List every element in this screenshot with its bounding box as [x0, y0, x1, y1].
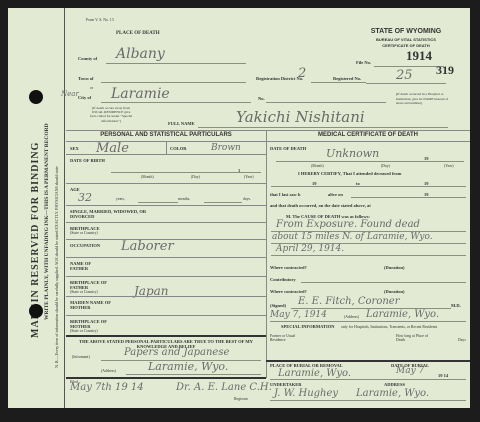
- medical-certificate-title: MEDICAL CERTIFICATE OF DEATH: [266, 132, 470, 138]
- street-no-label: No.: [258, 96, 265, 101]
- dob-day-label: (Day): [191, 175, 200, 179]
- burial-date-value: May 7: [396, 366, 424, 376]
- alive-on-label: alive on: [328, 192, 343, 197]
- or-label: or: [90, 86, 93, 90]
- age-years-value: 32: [78, 191, 92, 204]
- full-name-value: Yakichi Nishitani: [236, 108, 365, 126]
- file-no-label: File No.: [356, 60, 371, 65]
- where-contracted-label-2: Where contracted?: [270, 289, 307, 294]
- birthplace-sublabel: (State or Country): [70, 231, 98, 235]
- special-information-title: SPECIAL INFORMATION: [281, 324, 335, 329]
- years-label: years,: [116, 197, 125, 201]
- father-birthplace-sublabel: (State or Country): [70, 290, 98, 294]
- filed-date: May 7th 19 14: [70, 382, 144, 393]
- ink-note: WRITE PLAINLY, WITH UNFADING INK—THIS IS…: [44, 123, 50, 320]
- death-occurred-text: and that death occurred, on the date sta…: [270, 203, 371, 208]
- place-of-death-title: PLACE OF DEATH: [116, 31, 160, 36]
- color-value: Brown: [211, 143, 241, 153]
- bureau-title: BUREAU OF VITAL STATISTICS: [361, 37, 451, 42]
- informant-address-value: Laramie, Wyo.: [148, 360, 228, 373]
- attended-from-year: 19: [312, 181, 317, 186]
- special-days-label: Days: [458, 338, 466, 342]
- binding-margin: N. B.—Every item of information should b…: [8, 8, 65, 408]
- file-number: 1914: [406, 48, 432, 64]
- mother-birthplace-label: BIRTHPLACE OF MOTHER: [70, 319, 118, 329]
- months-label: months,: [178, 197, 190, 201]
- death-certificate: N. B.—Every item of information should b…: [8, 8, 470, 408]
- undertaker-address-label: ADDRESS: [384, 382, 405, 387]
- town-label: Town of: [78, 76, 93, 81]
- signer-address-label: (Address): [344, 315, 359, 319]
- marital-status-label: SINGLE, MARRIED, WIDOWED, OR DIVORCED: [70, 209, 160, 219]
- hospital-note: [If death occurred in a Hospital or Inst…: [396, 92, 451, 106]
- death-day-label: (Day): [381, 164, 390, 168]
- burial-place-value: Laramie, Wyo.: [278, 368, 351, 379]
- cause-line-3: April 29, 1914.: [276, 244, 344, 254]
- date-of-birth-label: DATE OF BIRTH: [70, 158, 105, 163]
- near-note: Near: [61, 90, 79, 98]
- color-label: COLOR: [170, 146, 187, 151]
- undertaker-address-value: Laramie, Wyo.: [356, 388, 429, 399]
- occupation-label: OCCUPATION: [70, 243, 100, 248]
- registered-no-label: Registered No.: [333, 76, 361, 81]
- death-year-label: (Year): [444, 164, 454, 168]
- undertaker-value: J. W. Hughey: [274, 388, 338, 399]
- mother-birthplace-sublabel: (State or Country): [70, 329, 98, 333]
- duration-label-1: (Duration): [384, 265, 405, 270]
- registrar-signature: Dr. A. E. Lane C.H.: [176, 382, 272, 393]
- state-title: STATE OF WYOMING: [361, 28, 451, 35]
- instructions-text-1: N. B.—Every item of information should b…: [54, 166, 59, 368]
- former-residence-label: Former or Usual Residence: [270, 334, 300, 342]
- undertaker-label: UNDERTAKER: [270, 382, 302, 387]
- signer-address: Laramie, Wyo.: [366, 309, 439, 320]
- last-saw-text: that I last saw h: [270, 192, 301, 197]
- father-birthplace-label: BIRTHPLACE OF FATHER: [70, 280, 118, 290]
- county-label: County of: [78, 56, 97, 61]
- dob-year-prefix: 1: [238, 168, 240, 173]
- father-name-label: NAME OF FATHER: [70, 261, 100, 271]
- signed-date: May 7, 1914: [270, 310, 327, 320]
- cause-line-1: From Exposure. Found dead: [276, 219, 420, 230]
- death-month-label: (Month): [311, 164, 324, 168]
- punch-hole-icon: [29, 90, 43, 104]
- informant-label: (Informant): [72, 355, 90, 359]
- registration-district-label: Registration District No.: [256, 76, 303, 81]
- registration-district-value: 2: [298, 66, 306, 81]
- special-information-note: only for Hospitals, Institutions, Transi…: [341, 325, 437, 329]
- to-label: to: [356, 181, 360, 186]
- form-number: Form V. S. No. 13: [86, 18, 114, 22]
- where-contracted-label-1: Where contracted?: [270, 265, 307, 270]
- sex-label: SEX: [70, 146, 79, 151]
- cause-line-2: about 15 miles N. of Laramie, Wyo.: [272, 232, 433, 242]
- how-long-label: How long at Place of Death: [396, 334, 436, 342]
- signed-label: (Signed): [270, 303, 286, 308]
- signer-signature: E. E. Fitch, Coroner: [298, 296, 399, 307]
- occupation-value: Laborer: [121, 239, 174, 254]
- death-year-prefix: 19: [424, 156, 429, 161]
- city-value: Laramie: [111, 86, 170, 102]
- informant-address-label: (Address): [101, 369, 116, 373]
- residence-note: [If death occurs away from USUAL RESIDEN…: [88, 106, 134, 123]
- registered-number: 25: [396, 68, 413, 83]
- days-label: days.: [243, 197, 251, 201]
- full-name-label: FULL NAME: [168, 121, 195, 126]
- informant-value: Papers and Japanese: [124, 347, 229, 358]
- date-of-death-value: Unknown: [326, 147, 379, 160]
- date-of-death-label: DATE OF DEATH: [270, 146, 306, 151]
- duration-label-2: (Duration): [384, 289, 405, 294]
- certificate-form: Form V. S. No. 13 PLACE OF DEATH STATE O…: [66, 8, 470, 408]
- dob-year-label: (Year): [244, 175, 254, 179]
- registrar-label: Registrar: [234, 397, 248, 401]
- burial-year: 19 14: [438, 373, 448, 378]
- city-label: City of: [78, 95, 91, 100]
- punch-hole-icon: [29, 304, 43, 318]
- registered-stamp: 319: [436, 63, 454, 78]
- md-label: M.D.: [451, 303, 461, 308]
- contributory-label: Contributory: [270, 277, 296, 282]
- county-value: Albany: [116, 46, 165, 62]
- certify-text: I HEREBY CERTIFY, That I attended deceas…: [298, 171, 401, 176]
- mother-maiden-name-label: MAIDEN NAME OF MOTHER: [70, 300, 120, 310]
- attended-to-year: 19: [424, 181, 429, 186]
- personal-particulars-title: PERSONAL AND STATISTICAL PARTICULARS: [66, 132, 266, 138]
- dob-month-label: (Month): [141, 175, 154, 179]
